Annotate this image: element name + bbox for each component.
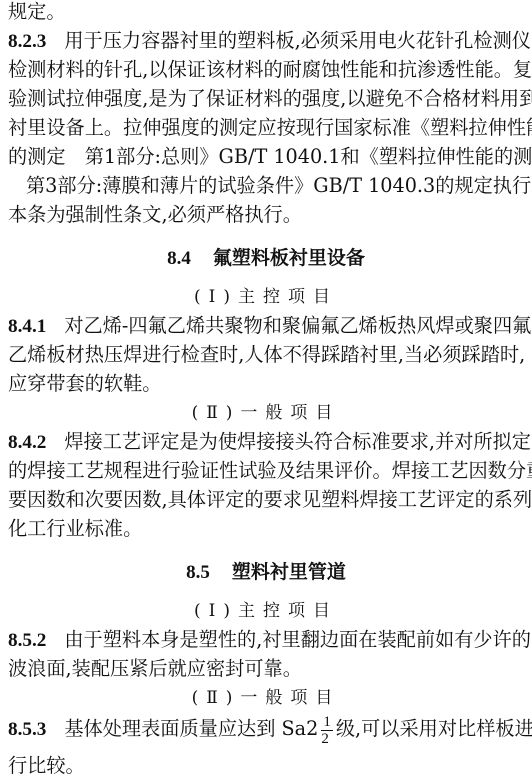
clause-number: 8.5.2 [8,630,46,651]
clause-8-2-3-line-1: 8.2.3用于压力容器衬里的塑料板,必须采用电火花针孔检测仪 [8,29,522,54]
clause-number: 8.5.3 [8,719,46,740]
clause-8-4-1-line-1: 8.4.1对乙烯-四氟乙烯共聚物和聚偏氟乙烯板热风焊或聚四氟 [8,314,522,339]
clause-number: 8.4.2 [8,432,46,453]
clause-text: 焊接工艺评定是为使焊接接头符合标准要求,并对所拟定 [64,430,531,453]
clause-text: 级,可以采用对比样板进 [336,717,532,740]
section-heading-8-4: 8.4氟塑料板衬里设备 [0,246,532,271]
clause-8-5-3-line-2: 行比较。 [8,754,522,774]
section-title: 氟塑料板衬里设备 [213,247,365,269]
clause-text: 基体处理表面质量应达到 Sa2 [64,717,318,740]
clause-text: 对乙烯-四氟乙烯共聚物和聚偏氟乙烯板热风焊或聚四氟 [64,314,531,337]
section-number: 8.4 [167,248,191,269]
fraction-one-half: 12 [321,714,333,747]
clause-8-4-1-line-2: 乙烯板材热压焊进行检查时,人体不得踩踏衬里,当必须踩踏时, [8,343,522,367]
clause-8-2-3-line-5: 的测定 第1部分:总则》GB/T 1040.1和《塑料拉伸性能的测定 [8,145,522,169]
clause-8-4-2-line-2: 的焊接工艺规程进行验证性试验及结果评价。焊接工艺因数分重 [8,459,522,483]
clause-number: 8.4.1 [8,316,46,337]
subheading-general-items: (Ⅱ)一般项目 [0,687,532,709]
clause-8-5-3-line-1: 8.5.3基体处理表面质量应达到 Sa212级,可以采用对比样板进 [8,712,522,746]
clause-8-5-2-line-1: 8.5.2由于塑料本身是塑性的,衬里翻边面在装配前如有少许的 [8,628,522,653]
clause-8-4-2-line-1: 8.4.2焊接工艺评定是为使焊接接头符合标准要求,并对所拟定 [8,430,522,455]
clause-8-4-1-line-3: 应穿带套的软鞋。 [8,372,522,396]
clause-8-2-3-line-6: 第3部分:薄膜和薄片的试验条件》GB/T 1040.3的规定执行。 [26,174,522,198]
clause-text: 由于塑料本身是塑性的,衬里翻边面在装配前如有少许的 [64,628,531,651]
section-number: 8.5 [186,562,210,583]
clause-8-2-3-line-3: 验测试拉伸强度,是为了保证材料的强度,以避免不合格材料用到 [8,87,522,111]
clause-8-2-3-line-4: 衬里设备上。拉伸强度的测定应按现行国家标准《塑料拉伸性能 [8,116,522,140]
clause-8-4-2-line-4: 化工行业标准。 [8,517,522,541]
subheading-main-items: (Ⅰ)主控项目 [0,286,532,308]
subheading-main-items: (Ⅰ)主控项目 [0,600,532,622]
clause-text: 用于压力容器衬里的塑料板,必须采用电火花针孔检测仪 [64,29,531,52]
section-heading-8-5: 8.5塑料衬里管道 [0,560,532,585]
subheading-general-items: (Ⅱ)一般项目 [0,402,532,424]
clause-8-5-2-line-2: 波浪面,装配压紧后就应密封可靠。 [8,657,522,681]
fraction-numerator: 1 [321,714,333,731]
section-title: 塑料衬里管道 [232,561,346,583]
clause-number: 8.2.3 [8,31,46,52]
intro-line: 规定。 [8,0,522,24]
clause-8-4-2-line-3: 要因数和次要因数,具体评定的要求见塑料焊接工艺评定的系列 [8,488,522,512]
clause-8-2-3-line-7: 本条为强制性条文,必须严格执行。 [8,203,522,227]
clause-8-2-3-line-2: 检测材料的针孔,以保证该材料的耐腐蚀性能和抗渗透性能。复 [8,58,522,82]
fraction-denominator: 2 [321,731,333,747]
